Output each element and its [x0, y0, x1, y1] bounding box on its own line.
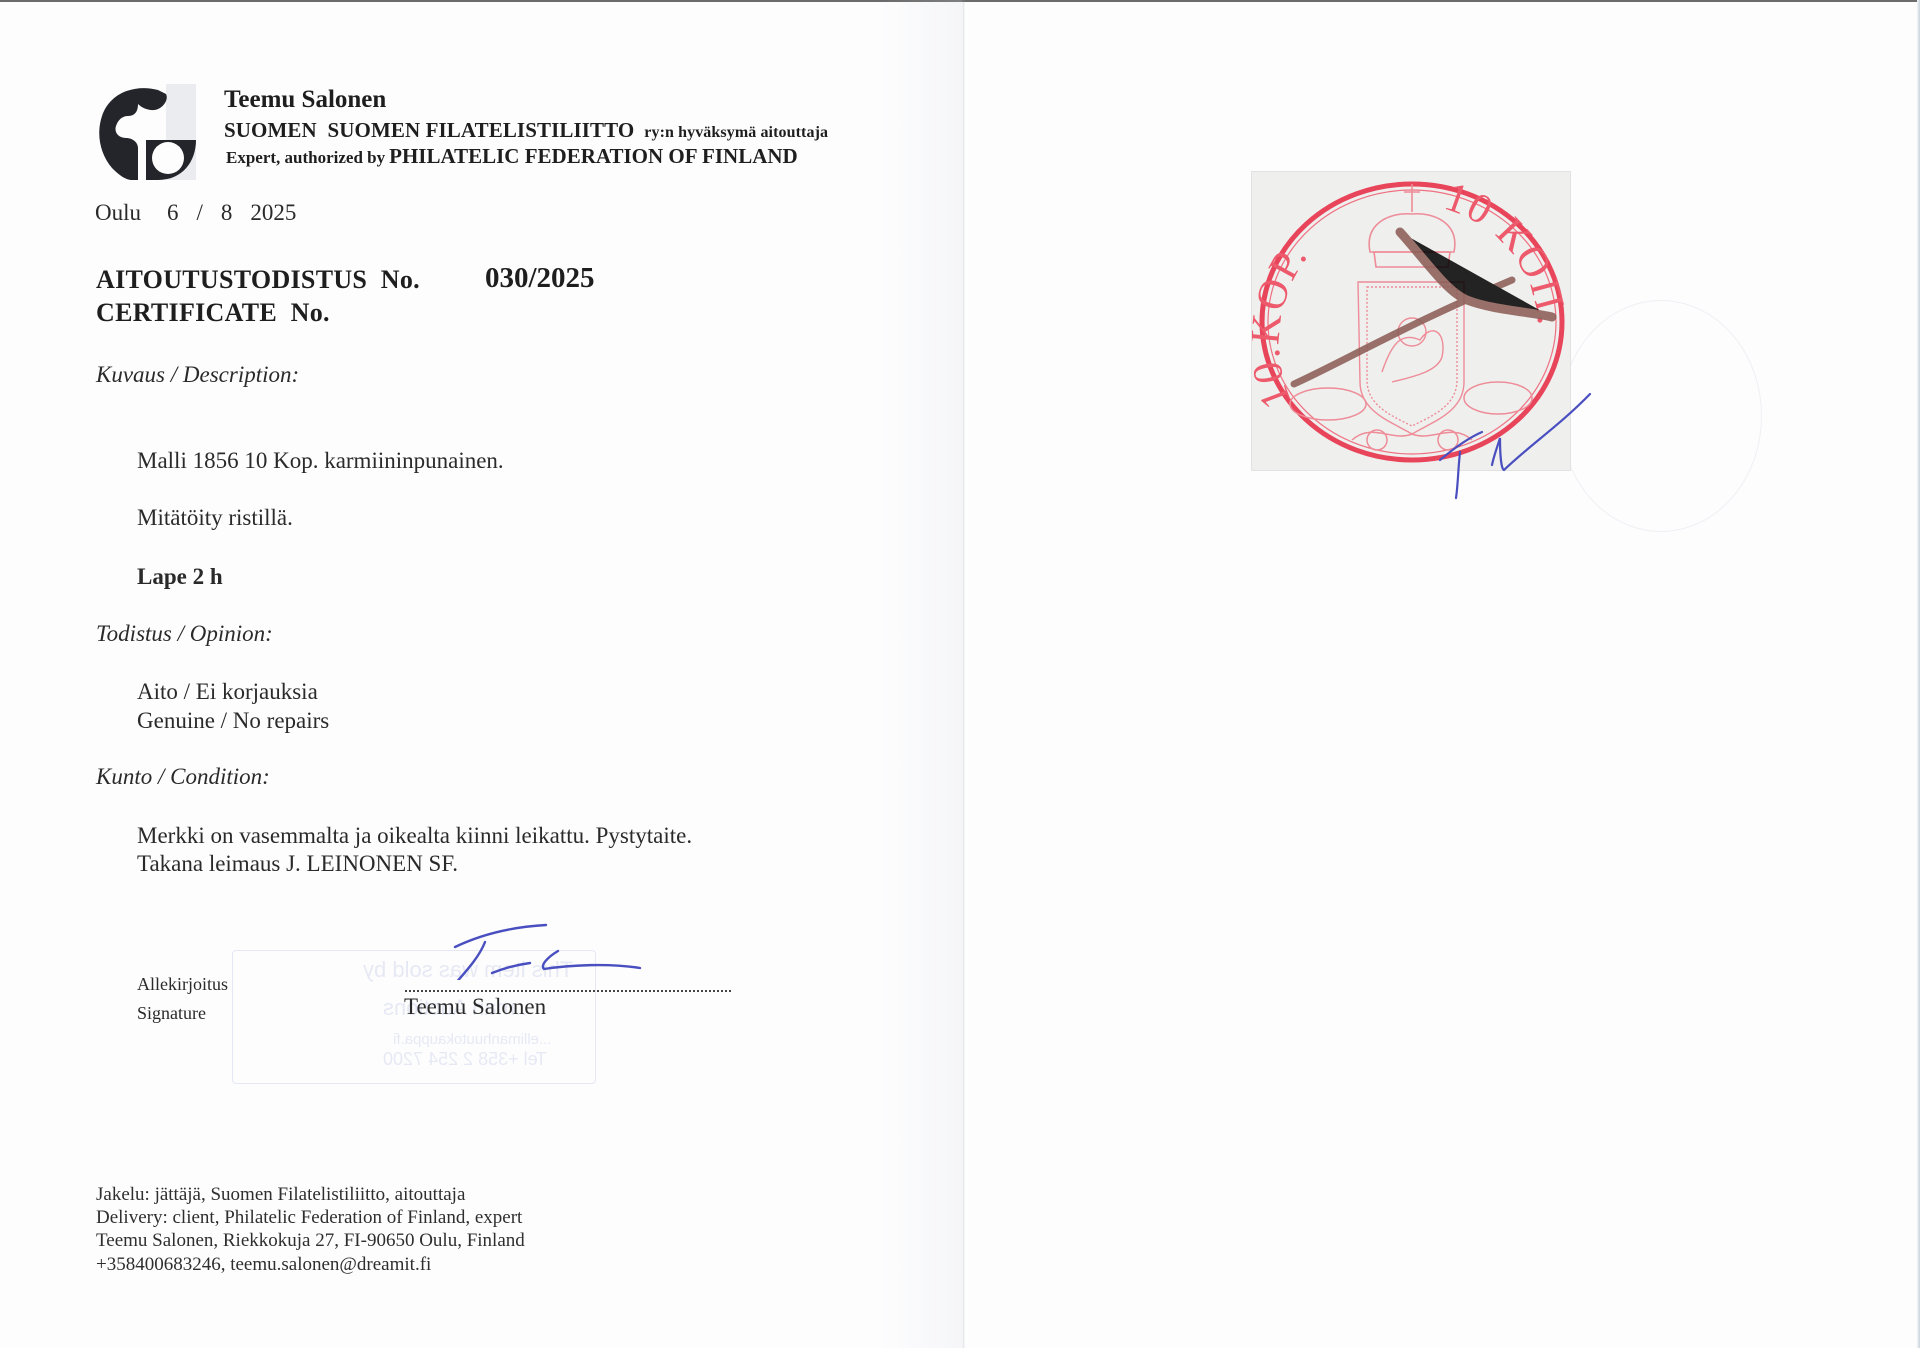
date-month: 8 — [221, 200, 233, 225]
handwritten-signature — [440, 905, 660, 980]
footer-line: Teemu Salonen, Riekkokuja 27, FI-90650 O… — [96, 1230, 525, 1252]
philatelic-federation-logo-icon — [96, 82, 200, 182]
fold-shade — [880, 0, 962, 1348]
footer-contact: +358400683246, teemu.salonen@dreamit.fi — [96, 1254, 431, 1276]
certificate-number: 030/2025 — [485, 262, 595, 295]
expert-name: Teemu Salonen — [224, 86, 386, 114]
description-line: Malli 1856 10 Kop. karmiininpunainen. — [137, 448, 504, 474]
federation-name-en: PHILATELIC FEDERATION OF FINLAND — [389, 144, 798, 168]
opinion-line: Genuine / No repairs — [137, 708, 329, 734]
showthrough-line: ...ellimanhuutokauppa.fi — [393, 1031, 551, 1048]
condition-label: Kunto / Condition: — [96, 764, 270, 790]
condition-line: Takana leimaus J. LEINONEN SF. — [137, 851, 458, 877]
date-place: Oulu — [95, 200, 141, 225]
svg-text:10.KOP.: 10.KOP. — [1252, 233, 1317, 415]
signature-label-en: Signature — [137, 1003, 206, 1024]
opinion-label: Todistus / Opinion: — [96, 621, 273, 647]
date-day: 6 — [167, 200, 179, 225]
stamp-pen-initials — [1430, 380, 1630, 500]
footer-line: Jakelu: jättäjä, Suomen Filatelistiliitt… — [96, 1184, 465, 1206]
federation-name: SUOMEN SUOMEN FILATELISTILIITTO — [224, 118, 634, 142]
date-year: 2025 — [250, 200, 296, 225]
signature-label-fi: Allekirjoitus — [137, 974, 228, 995]
description-line: Lape 2 h — [137, 564, 223, 590]
page-fold — [962, 0, 965, 1348]
authorization-line: Expert, authorized byPHILATELIC FEDERATI… — [226, 144, 798, 169]
footer-line: Delivery: client, Philatelic Federation … — [96, 1207, 522, 1229]
signer-name: Teemu Salonen — [404, 994, 546, 1020]
date-line: Oulu6/82025 — [95, 200, 314, 226]
authorized-by-text: Expert, authorized by — [226, 148, 385, 167]
showthrough-line: Tel +358 2 254 7200 — [383, 1049, 547, 1070]
certificate-label-fi: AITOUTUSTODISTUS No. — [96, 265, 420, 295]
opinion-line: Aito / Ei korjauksia — [137, 679, 318, 705]
condition-line: Merkki on vasemmalta ja oikealta kiinni … — [137, 823, 692, 849]
approved-expert-text: ry:n hyväksymä aitouttaja — [644, 124, 828, 141]
stamp-left-legend: 10.KOP. — [1252, 233, 1317, 415]
description-label: Kuvaus / Description: — [96, 362, 299, 388]
description-line: Mitätöity ristillä. — [137, 505, 293, 531]
certificate-label-en: CERTIFICATE No. — [96, 298, 330, 328]
federation-line: SUOMEN SUOMEN FILATELISTILIITTOry:n hyvä… — [224, 118, 828, 143]
date-separator: / — [197, 200, 203, 225]
